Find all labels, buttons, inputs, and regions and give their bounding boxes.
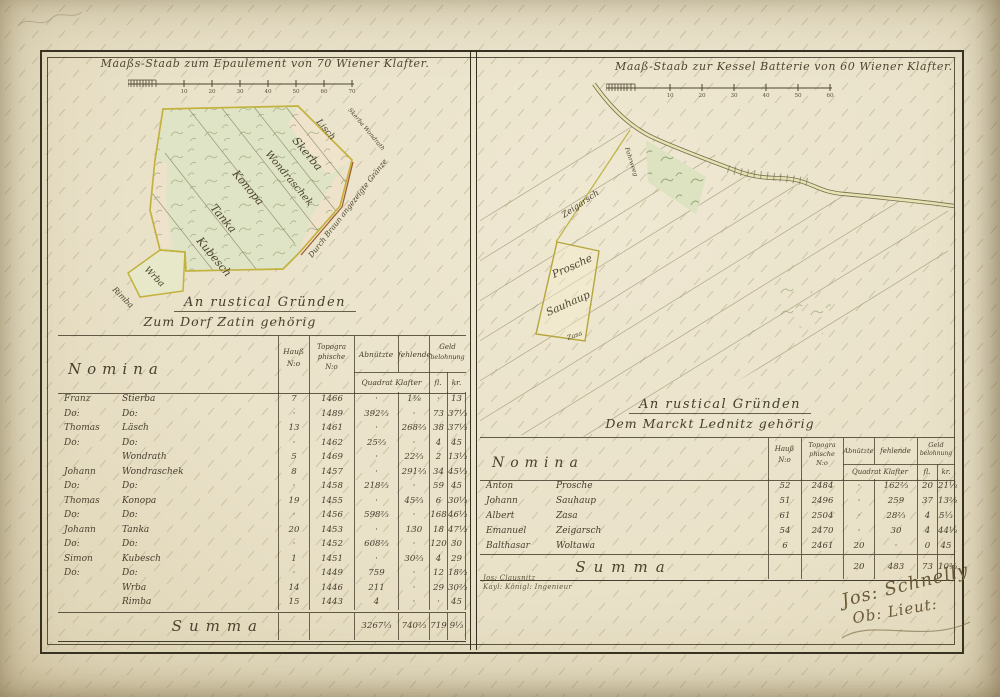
cell-topo: 1451 xyxy=(309,552,354,567)
cell-fl: 34 xyxy=(429,465,447,480)
table-row: Do:Do:·146225⅔·445 xyxy=(58,436,466,451)
cell-fl: 73 xyxy=(429,407,447,422)
left-scale-caption: Maaßs-Staab zum Epaulement von 70 Wiener… xyxy=(100,57,430,70)
engineer-note: Jos: Clausnitz Kayl: Königl: Ingenieur xyxy=(483,574,572,592)
column-label-topo-3: N:o xyxy=(309,364,354,371)
column-label-topo-2: phische xyxy=(801,451,843,458)
cell-name: ThomasLäsch xyxy=(58,421,278,436)
cell-name: Do:Do: xyxy=(58,508,278,523)
table-row: JohannSauhaup512496·2593713⅔ xyxy=(480,494,955,509)
summa-damaged: 3267⅓ xyxy=(354,613,398,640)
cell-kr: 13⅓ xyxy=(447,450,466,465)
cell-missing: 259 xyxy=(874,494,917,509)
column-label-missing: fehlende xyxy=(398,351,429,359)
surname: Zeigarsch xyxy=(556,524,601,539)
table-row: Wondrath51469·22⅔213⅓ xyxy=(58,450,466,465)
cell-name: JohannTanka xyxy=(58,523,278,538)
cell-name: Wrba xyxy=(58,581,278,596)
column-label-money-2: belohnung xyxy=(429,354,466,360)
cell-haus: 1 xyxy=(278,552,309,567)
column-label-nomina: Nomina xyxy=(492,456,584,470)
first-name xyxy=(64,450,122,465)
right-table-body: AntonProsche522484·162⅔2021⅓ JohannSauha… xyxy=(480,479,955,554)
surname: Wondraschek xyxy=(122,465,184,480)
surname: Kubesch xyxy=(122,552,161,567)
table-row: JohannWondraschek81457·291⅔3445⅓ xyxy=(58,465,466,480)
cell-name: Do:Do: xyxy=(58,407,278,422)
cell-fl: 18 xyxy=(429,523,447,538)
column-label-haus-no: N:o xyxy=(768,457,801,464)
cell-name: Do:Do: xyxy=(58,479,278,494)
cell-fl: 38 xyxy=(429,421,447,436)
cell-haus: 52 xyxy=(768,479,801,494)
table-row: Do:Do:·1456598⅔·16846⅓ xyxy=(58,508,466,523)
left-heading-rustical: An rustical Gründen xyxy=(150,295,380,310)
cell-haus: 61 xyxy=(768,509,801,524)
left-table-header: Nomina Hauß N:o Topogra phische N:o Abnü… xyxy=(58,335,466,394)
cell-name: AntonProsche xyxy=(480,479,768,494)
table-row: Do:Do:·1452608⅔·12030 xyxy=(58,537,466,552)
table-row: FranzStierba71466·1⅜·13 xyxy=(58,392,466,407)
left-table-body: FranzStierba71466·1⅜·13 Do:Do:·1489392⅔·… xyxy=(58,392,466,610)
surname: Sauhaup xyxy=(556,494,596,509)
cell-fl: 4 xyxy=(917,509,937,524)
scale-tick-label: 10 xyxy=(180,89,188,95)
cell-kr: 30⅔ xyxy=(447,581,466,596)
column-label-fl: fl. xyxy=(917,469,937,476)
right-table-header: Nomina Hauß N:o Topogra phische N:o Abnü… xyxy=(480,437,955,481)
column-label-topo-3: N:o xyxy=(801,460,843,467)
cell-damaged: 392⅔ xyxy=(354,407,398,422)
scale-tick-label: 20 xyxy=(208,89,216,95)
cell-damaged: · xyxy=(354,465,398,480)
cell-name: Do:Do: xyxy=(58,436,278,451)
corner-scribble xyxy=(12,4,102,40)
scale-tick-label: 30 xyxy=(236,89,244,95)
cell-damaged: · xyxy=(354,392,398,407)
table-row: Wrba141446211·2930⅔ xyxy=(58,581,466,596)
cell-missing: · xyxy=(398,566,429,581)
right-field-map: Fahrweeg Zeigarsch Prosche Sauhaup Zasa xyxy=(478,82,956,404)
cell-topo: 1449 xyxy=(309,566,354,581)
cell-kr: 45 xyxy=(447,436,466,451)
first-name: Anton xyxy=(486,479,556,494)
cell-missing: 268⅔ xyxy=(398,421,429,436)
table-row: Do:Do:·1489392⅔·7337⅓ xyxy=(58,407,466,422)
parcel-label-rimba: Rimba xyxy=(110,284,136,310)
first-name: Do: xyxy=(64,566,122,581)
right-scale-caption: Maaß-Staab zur Kessel Batterie von 60 Wi… xyxy=(615,60,925,73)
cell-fl: 20 xyxy=(917,479,937,494)
cell-kr: 37⅓ xyxy=(447,421,466,436)
cell-topo: 1455 xyxy=(309,494,354,509)
first-name: Balthasar xyxy=(486,539,556,554)
cell-name: FranzStierba xyxy=(58,392,278,407)
cell-haus: 5 xyxy=(278,450,309,465)
column-label-missing: fehlende xyxy=(874,448,917,455)
cell-damaged: · xyxy=(354,552,398,567)
cell-topo: 1461 xyxy=(309,421,354,436)
surname: Woltawa xyxy=(556,539,595,554)
column-label-damaged: Abnützte xyxy=(354,351,398,359)
column-label-topo-1: Topogra xyxy=(801,442,843,449)
cell-kr: 37⅓ xyxy=(447,407,466,422)
cell-missing: 291⅔ xyxy=(398,465,429,480)
cell-damaged: · xyxy=(354,494,398,509)
cell-missing: · xyxy=(398,581,429,596)
cell-haus: · xyxy=(278,566,309,581)
cell-name: AlbertZasa xyxy=(480,509,768,524)
column-label-fl: fl. xyxy=(429,379,447,387)
first-name: Do: xyxy=(64,436,122,451)
cell-kr: 47⅓ xyxy=(447,523,466,538)
table-row: ThomasKonopa191455·45⅔630⅓ xyxy=(58,494,466,509)
cell-fl: 4 xyxy=(917,524,937,539)
cell-damaged: 20 xyxy=(843,539,874,554)
cell-damaged: 4 xyxy=(354,595,398,610)
cell-name: Do:Do: xyxy=(58,537,278,552)
cell-haus: 51 xyxy=(768,494,801,509)
parcel-label-zeigarsch: Zeigarsch xyxy=(559,188,601,221)
summa-blank xyxy=(309,613,354,640)
summa-blank xyxy=(768,555,801,579)
cell-topo: 1462 xyxy=(309,436,354,451)
cell-haus: 6 xyxy=(768,539,801,554)
column-label-haus: Hauß xyxy=(278,348,309,356)
left-parcel-map: Skerba Wondraschek Lisch Skerba Wondrath… xyxy=(100,98,410,318)
left-scale-bar: 10 20 30 40 50 60 70 xyxy=(128,76,368,96)
cell-fl: · xyxy=(429,392,447,407)
surname: Konopa xyxy=(122,494,156,509)
cell-fl: 12 xyxy=(429,566,447,581)
cell-fl: 29 xyxy=(429,581,447,596)
cell-kr: 45 xyxy=(447,479,466,494)
parcel-label-skerba-wondrath: Skerba Wondrath xyxy=(346,107,386,152)
first-name: Do: xyxy=(64,508,122,523)
first-name: Do: xyxy=(64,479,122,494)
surname: Do: xyxy=(122,436,138,451)
column-label-money-2: belohnung xyxy=(917,451,955,457)
column-label-money-1: Geld xyxy=(917,442,955,449)
surname: Do: xyxy=(122,407,138,422)
column-label-quadrat-klafter: Quadrat Klafter xyxy=(843,469,917,476)
surname: Rimba xyxy=(122,595,151,610)
cell-haus: 8 xyxy=(278,465,309,480)
column-label-topo-1: Topogra xyxy=(309,344,354,351)
scale-tick-label: 40 xyxy=(264,89,272,95)
cell-topo: 1489 xyxy=(309,407,354,422)
column-label-nomina: Nomina xyxy=(68,362,164,377)
table-row: JohannTanka201453·1301847⅓ xyxy=(58,523,466,538)
cell-missing: 162⅔ xyxy=(874,479,917,494)
first-name: Do: xyxy=(64,407,122,422)
surname: Wondrath xyxy=(122,450,167,465)
scrub-patch-2-hatch xyxy=(776,282,833,334)
cell-damaged: 25⅔ xyxy=(354,436,398,451)
cell-missing: 130 xyxy=(398,523,429,538)
cell-name: Rimba xyxy=(58,595,278,610)
right-heading-rustical: An rustical Gründen xyxy=(600,397,840,412)
cell-missing: · xyxy=(874,539,917,554)
cell-fl: · xyxy=(429,595,447,610)
cell-damaged: · xyxy=(843,524,874,539)
column-label-kr: kr. xyxy=(447,379,466,387)
table-row: Do:Do:·1449759·1218⅔ xyxy=(58,566,466,581)
surname: Tanka xyxy=(122,523,149,538)
column-label-kr: kr. xyxy=(937,469,955,476)
cell-missing: 30 xyxy=(874,524,917,539)
cell-topo: 2484 xyxy=(801,479,843,494)
right-heading-rustical-text: An rustical Gründen xyxy=(629,397,811,414)
cell-kr: 46⅓ xyxy=(447,508,466,523)
surname: Do: xyxy=(122,537,138,552)
cell-haus: · xyxy=(278,508,309,523)
cell-topo: 1443 xyxy=(309,595,354,610)
summa-label: Summa xyxy=(58,613,278,640)
cell-fl: 120 xyxy=(429,537,447,552)
cell-kr: 21⅓ xyxy=(937,479,955,494)
summa-damaged: 20 xyxy=(843,555,874,579)
cell-topo: 2470 xyxy=(801,524,843,539)
cell-missing: · xyxy=(398,479,429,494)
cell-kr: 5⅓ xyxy=(937,509,955,524)
cell-missing: 1⅜ xyxy=(398,392,429,407)
cell-fl: 37 xyxy=(917,494,937,509)
first-name xyxy=(64,581,122,596)
cell-missing: · xyxy=(398,407,429,422)
cell-haus: · xyxy=(278,537,309,552)
cell-haus: 54 xyxy=(768,524,801,539)
surname: Do: xyxy=(122,566,138,581)
column-label-haus: Hauß xyxy=(768,446,801,453)
cell-damaged: 211 xyxy=(354,581,398,596)
surname: Zasa xyxy=(556,509,578,524)
cell-topo: 1453 xyxy=(309,523,354,538)
cell-name: JohannSauhaup xyxy=(480,494,768,509)
cell-haus: 13 xyxy=(278,421,309,436)
cell-damaged: · xyxy=(354,450,398,465)
cell-haus: 14 xyxy=(278,581,309,596)
yellow-boundary-line xyxy=(556,130,630,242)
scanned-survey-sheet: Maaßs-Staab zum Epaulement von 70 Wiener… xyxy=(0,0,1000,697)
cell-missing: · xyxy=(398,508,429,523)
surname: Do: xyxy=(122,479,138,494)
cell-topo: 2496 xyxy=(801,494,843,509)
cell-kr: 13 xyxy=(447,392,466,407)
cell-fl: 2 xyxy=(429,450,447,465)
engineer-note-line1: Jos: Clausnitz xyxy=(483,574,572,583)
scale-tick-label: 50 xyxy=(292,89,300,95)
cell-name: EmanuelZeigarsch xyxy=(480,524,768,539)
cell-fl: 4 xyxy=(429,436,447,451)
cell-fl: 59 xyxy=(429,479,447,494)
table-row: BalthasarWoltawa6246120·045 xyxy=(480,539,955,554)
cell-missing: · xyxy=(398,537,429,552)
first-name: Johann xyxy=(486,494,556,509)
table-row: Do:Do:·1458218⅔·5945 xyxy=(58,479,466,494)
cell-missing: 28⅔ xyxy=(874,509,917,524)
engineer-note-line2: Kayl: Königl: Ingenieur xyxy=(483,583,572,592)
scale-tick-label: 70 xyxy=(348,89,356,95)
cell-topo: 1446 xyxy=(309,581,354,596)
cell-haus: 15 xyxy=(278,595,309,610)
table-row: ThomasLäsch131461·268⅔3837⅓ xyxy=(58,421,466,436)
summa-kr: 9⅓ xyxy=(447,613,466,640)
column-label-haus-no: N:o xyxy=(278,360,309,368)
cell-topo: 1457 xyxy=(309,465,354,480)
cell-damaged: · xyxy=(843,494,874,509)
cell-topo: 1469 xyxy=(309,450,354,465)
summa-fl: 719 xyxy=(429,613,447,640)
table-row: Rimba1514434··45 xyxy=(58,595,466,610)
column-label-quadrat-klafter: Quadrat Klafter xyxy=(354,379,429,387)
surname: Stierba xyxy=(122,392,155,407)
cell-topo: 1466 xyxy=(309,392,354,407)
summa-blank xyxy=(278,613,309,640)
cell-haus: 7 xyxy=(278,392,309,407)
summa-missing: 740⅔ xyxy=(398,613,429,640)
cell-haus: · xyxy=(278,407,309,422)
table-row: AntonProsche522484·162⅔2021⅓ xyxy=(480,479,955,494)
cell-fl: 168 xyxy=(429,508,447,523)
cell-damaged: 759 xyxy=(354,566,398,581)
cell-kr: 30 xyxy=(447,537,466,552)
cell-fl: 0 xyxy=(917,539,937,554)
first-name: Johann xyxy=(64,465,122,480)
signature-flourish xyxy=(838,616,978,646)
cell-kr: 45 xyxy=(447,595,466,610)
cell-damaged: · xyxy=(354,523,398,538)
cell-damaged: 598⅔ xyxy=(354,508,398,523)
left-heading-village: Zum Dorf Zatin gehörig xyxy=(105,314,355,329)
column-label-damaged: Abnützte xyxy=(843,448,874,455)
cell-damaged: · xyxy=(354,421,398,436)
scale-tick-label: 60 xyxy=(320,89,328,95)
cell-name: Wondrath xyxy=(58,450,278,465)
cell-damaged: 218⅔ xyxy=(354,479,398,494)
cell-topo: 2461 xyxy=(801,539,843,554)
cell-name: SimonKubesch xyxy=(58,552,278,567)
cell-topo: 1452 xyxy=(309,537,354,552)
first-name: Do: xyxy=(64,537,122,552)
first-name: Franz xyxy=(64,392,122,407)
table-row: SimonKubesch11451·30⅔429 xyxy=(58,552,466,567)
cell-haus: · xyxy=(278,479,309,494)
cell-kr: 45 xyxy=(937,539,955,554)
cell-missing: 22⅔ xyxy=(398,450,429,465)
table-row: EmanuelZeigarsch542470·30444⅓ xyxy=(480,524,955,539)
cell-topo: 1458 xyxy=(309,479,354,494)
first-name: Albert xyxy=(486,509,556,524)
cell-name: ThomasKonopa xyxy=(58,494,278,509)
cell-haus: · xyxy=(278,436,309,451)
cell-fl: 6 xyxy=(429,494,447,509)
first-name: Simon xyxy=(64,552,122,567)
surname: Läsch xyxy=(122,421,149,436)
surname: Prosche xyxy=(556,479,593,494)
cell-kr: 13⅔ xyxy=(937,494,955,509)
first-name xyxy=(64,595,122,610)
cell-damaged: · xyxy=(843,479,874,494)
scrub-patch-1-hatch xyxy=(646,140,706,214)
surname: Do: xyxy=(122,508,138,523)
cell-missing: · xyxy=(398,436,429,451)
column-label-topo-2: phische xyxy=(309,354,354,361)
cell-missing: 45⅔ xyxy=(398,494,429,509)
cell-kr: 30⅓ xyxy=(447,494,466,509)
cell-kr: 29 xyxy=(447,552,466,567)
first-name: Emanuel xyxy=(486,524,556,539)
cell-kr: 18⅔ xyxy=(447,566,466,581)
summa-blank xyxy=(801,555,843,579)
first-name: Thomas xyxy=(64,421,122,436)
cell-haus: 19 xyxy=(278,494,309,509)
left-heading-rustical-text: An rustical Gründen xyxy=(174,295,356,312)
cell-damaged: 608⅔ xyxy=(354,537,398,552)
cell-missing: 30⅔ xyxy=(398,552,429,567)
center-divider xyxy=(470,50,477,650)
right-heading-market: Dem Marckt Lednitz gehörig xyxy=(575,416,845,431)
first-name: Johann xyxy=(64,523,122,538)
cell-missing: · xyxy=(398,595,429,610)
cell-topo: 1456 xyxy=(309,508,354,523)
cell-name: JohannWondraschek xyxy=(58,465,278,480)
column-label-money-1: Geld xyxy=(429,344,466,351)
first-name: Thomas xyxy=(64,494,122,509)
cell-kr: 44⅓ xyxy=(937,524,955,539)
table-row: AlbertZasa612504·28⅔45⅓ xyxy=(480,509,955,524)
left-summa-row: Summa 3267⅓ 740⅔ 719 9⅓ xyxy=(58,612,466,642)
surname: Wrba xyxy=(122,581,146,596)
cell-damaged: · xyxy=(843,509,874,524)
road-label: Fahrweeg xyxy=(623,146,639,178)
cell-fl: 4 xyxy=(429,552,447,567)
cell-kr: 45⅓ xyxy=(447,465,466,480)
cell-haus: 20 xyxy=(278,523,309,538)
cell-name: BalthasarWoltawa xyxy=(480,539,768,554)
cell-topo: 2504 xyxy=(801,509,843,524)
cell-name: Do:Do: xyxy=(58,566,278,581)
